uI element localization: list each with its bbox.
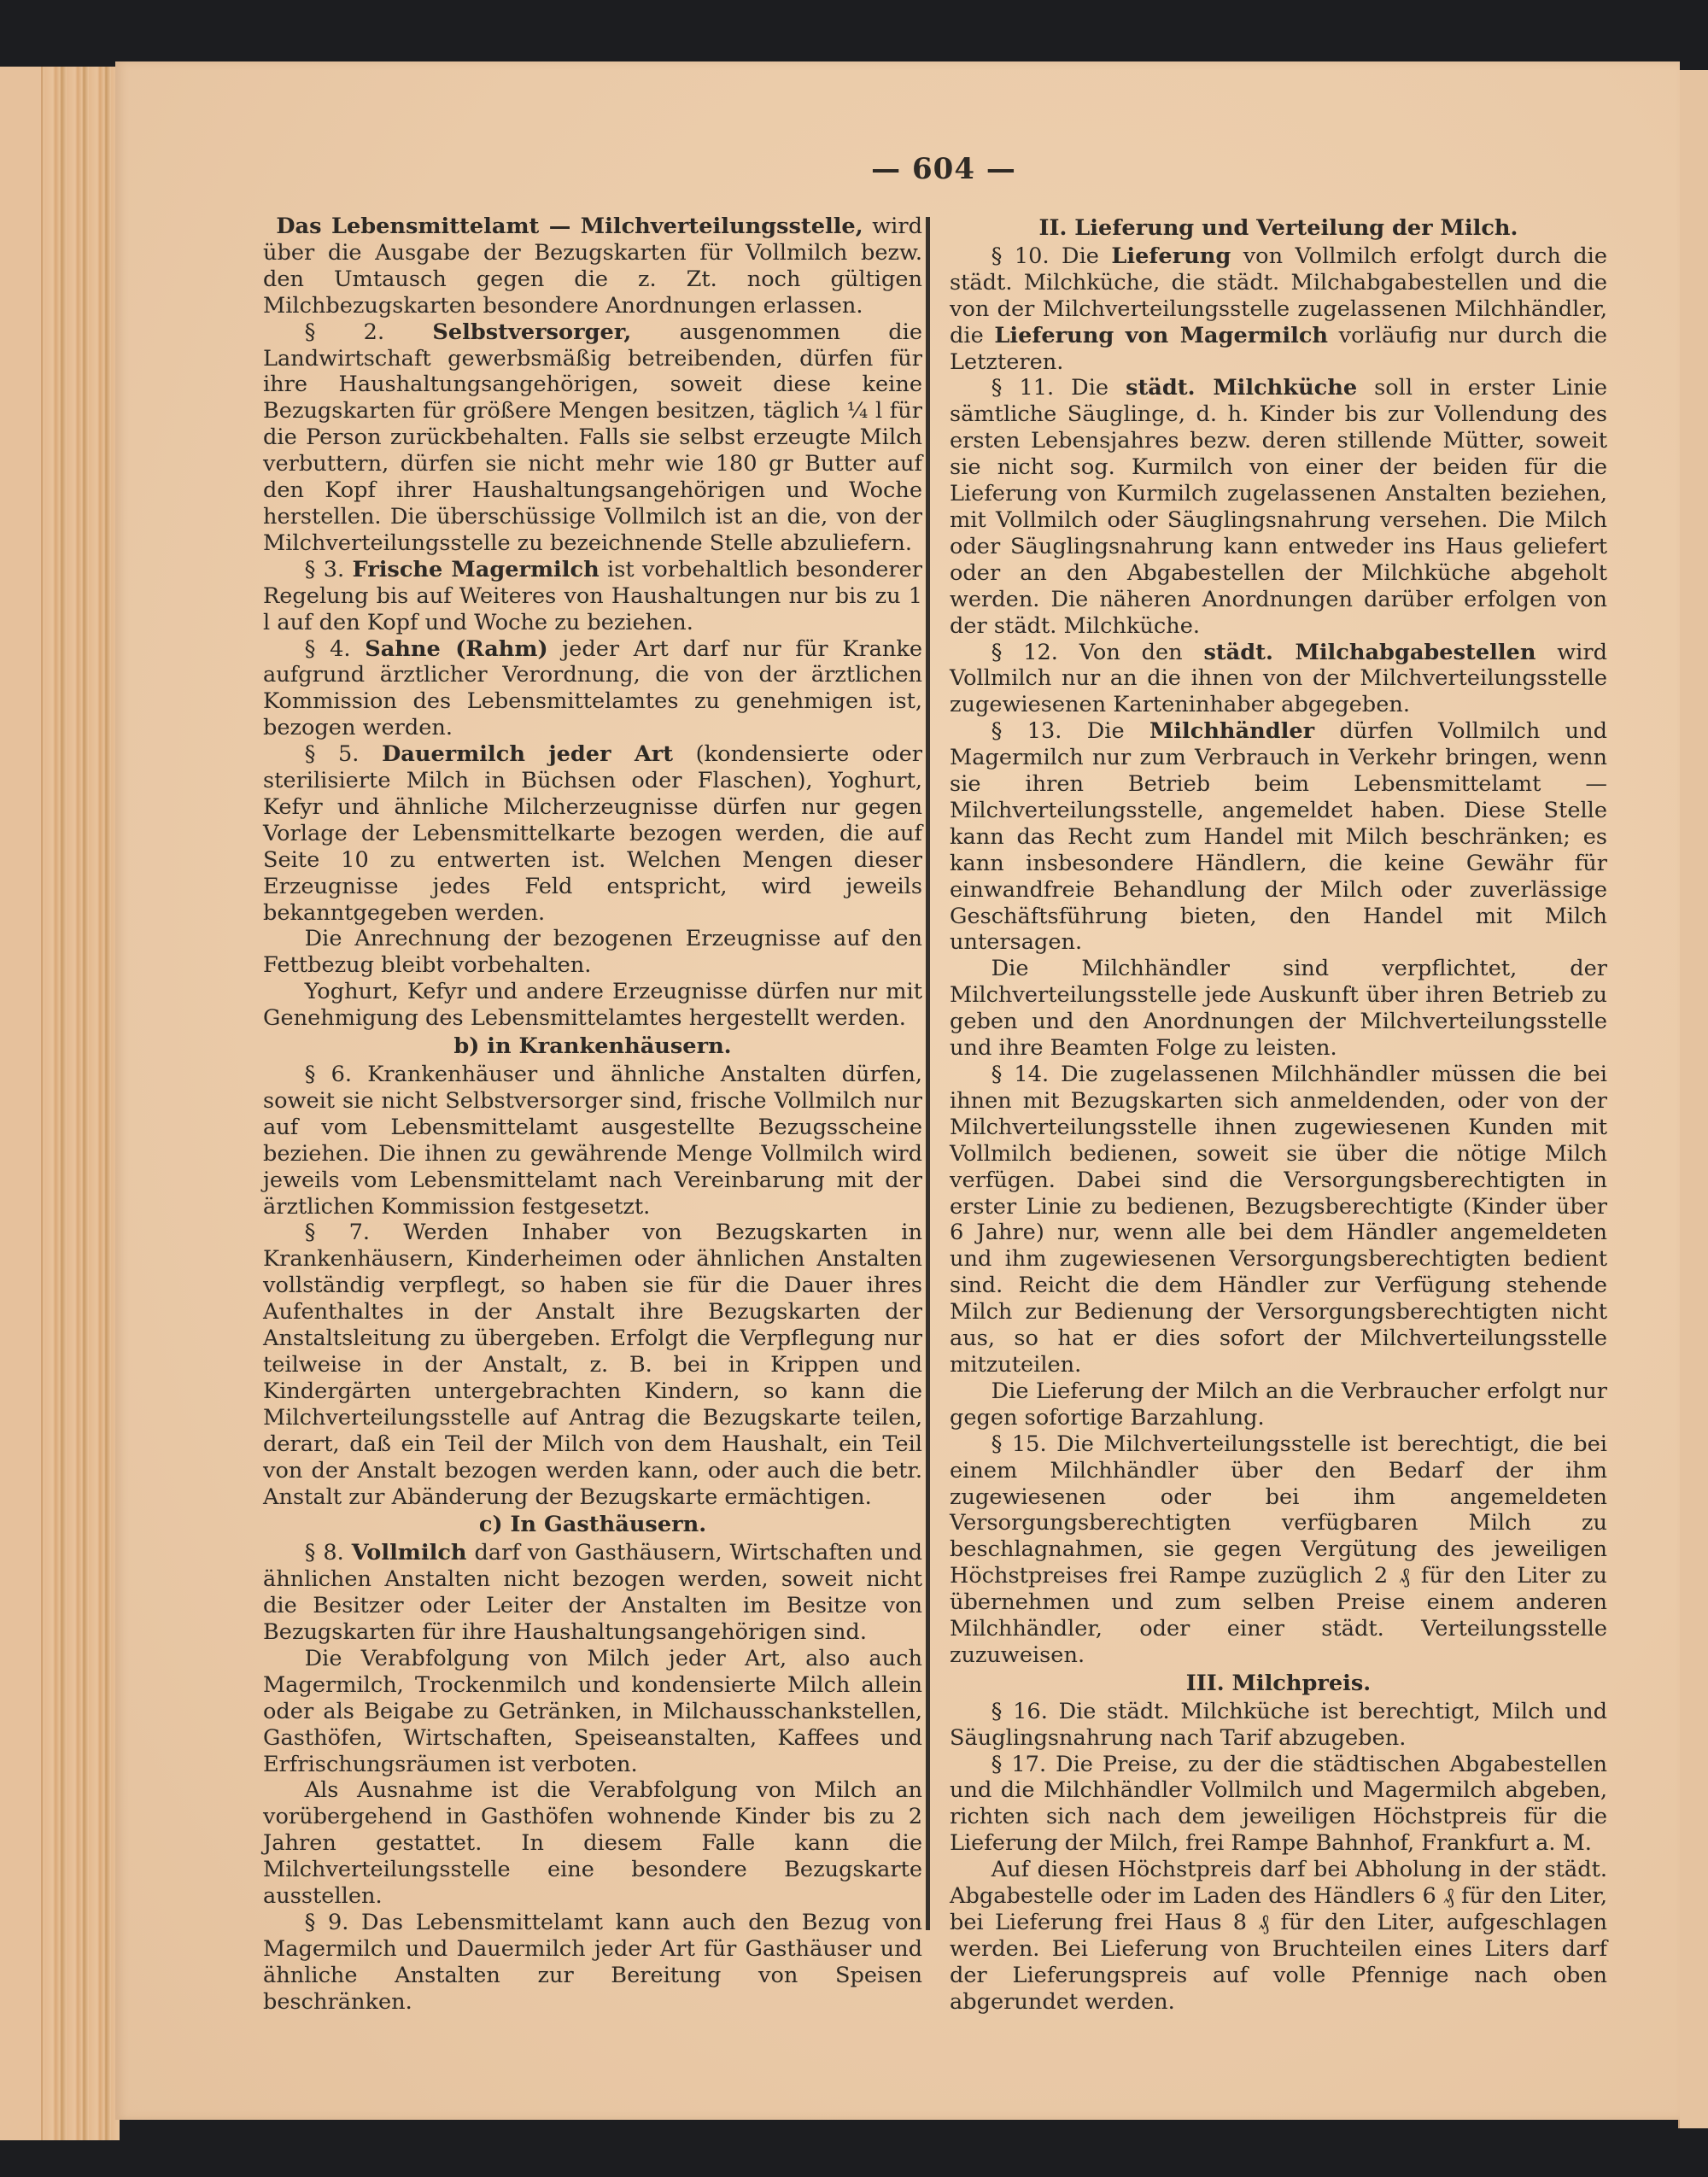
- section-5-note: Yoghurt, Kefyr und andere Erzeugnisse dü…: [263, 979, 922, 1032]
- section-text: Das Lebensmittelamt kann auch den Bezug …: [263, 1910, 922, 2015]
- section-text: Krankenhäuser und ähnliche Anstalten dür…: [263, 1062, 922, 1220]
- section-number: § 14.: [991, 1062, 1049, 1087]
- book-cover-edge: [0, 67, 43, 2140]
- section-13-continued: Die Milchhändler sind verpflichtet, der …: [950, 956, 1607, 1062]
- section-text: Die Preise, zu der die städtischen Abgab…: [950, 1752, 1607, 1857]
- section-text: jeder Art darf nur für Kranke aufgrund ä…: [263, 636, 922, 741]
- page-number: — 604 —: [845, 152, 1042, 186]
- section-text: Die: [1062, 718, 1149, 744]
- section-keyword: Vollmilch: [352, 1540, 467, 1565]
- section-number: § 7.: [305, 1220, 370, 1245]
- subheading-hospitals: b) in Krankenhäusern.: [263, 1033, 922, 1060]
- section-number: § 12.: [991, 640, 1058, 665]
- intro-paragraph: Das Lebensmittelamt — Milchverteilungsst…: [263, 214, 922, 319]
- section-number: § 5.: [305, 741, 360, 767]
- section-number: § 16.: [991, 1699, 1048, 1724]
- section-keyword: Milchhändler: [1149, 718, 1314, 744]
- right-column: II. Lieferung und Verteilung der Milch. …: [950, 214, 1607, 2016]
- section-5-continued: Die Anrechnung der bezogenen Erzeugnisse…: [263, 926, 922, 979]
- section-6: § 6. Krankenhäuser und ähnliche Anstalte…: [263, 1062, 922, 1220]
- section-keyword: Dauermilch jeder Art: [382, 741, 673, 767]
- section-number: § 10.: [991, 243, 1050, 269]
- section-text: Von den: [1058, 640, 1204, 665]
- section-8-continued: Die Verabfolgung von Milch jeder Art, al…: [263, 1646, 922, 1778]
- section-text: Die: [1054, 375, 1126, 401]
- section-5: § 5. Dauermilch jeder Art (kondensierte …: [263, 741, 922, 926]
- section-text: Werden Inhaber von Bezugskarten in Krank…: [263, 1220, 922, 1509]
- section-2: § 2. Selbstversorger, ausgenommen die La…: [263, 319, 922, 557]
- section-text: Die: [1050, 243, 1112, 269]
- section-9: § 9. Das Lebensmittelamt kann auch den B…: [263, 1910, 922, 2016]
- section-keyword: Sahne (Rahm): [365, 636, 547, 662]
- section-number: § 15.: [991, 1431, 1047, 1457]
- heading-delivery-distribution: II. Lieferung und Verteilung der Milch.: [950, 215, 1607, 242]
- section-14: § 14. Die zugelassenen Milchhändler müss…: [950, 1062, 1607, 1378]
- section-number: § 3.: [305, 557, 345, 582]
- next-page-edge: [1678, 70, 1708, 2128]
- section-12: § 12. Von den städt. Milchabgabestellen …: [950, 640, 1607, 719]
- section-10: § 10. Die Lieferung von Vollmilch erfolg…: [950, 243, 1607, 376]
- section-17: § 17. Die Preise, zu der die städtischen…: [950, 1752, 1607, 1858]
- section-text: Die Milchverteilungsstelle ist berechtig…: [950, 1431, 1607, 1668]
- section-number: § 2.: [305, 319, 384, 345]
- intro-lead: Das Lebensmittelamt — Milchverteilungsst…: [276, 214, 863, 239]
- section-keyword: Selbstversorger,: [432, 319, 631, 345]
- section-keyword: Lieferung von Magermilch: [994, 323, 1328, 348]
- section-keyword: städt. Milchküche: [1126, 375, 1357, 401]
- left-column: Das Lebensmittelamt — Milchverteilungsst…: [263, 214, 922, 2016]
- section-keyword: städt. Milchabgabestellen: [1203, 640, 1535, 665]
- section-number: § 8.: [305, 1540, 344, 1565]
- section-13: § 13. Die Milchhändler dürfen Vollmilch …: [950, 718, 1607, 956]
- section-3: § 3. Frische Magermilch ist vorbehaltlic…: [263, 557, 922, 636]
- section-number: § 17.: [991, 1752, 1046, 1777]
- section-number: § 4.: [305, 636, 351, 662]
- section-text: Die städt. Milchküche ist berechtigt, Mi…: [950, 1699, 1607, 1751]
- section-17-continued: Auf diesen Höchstpreis darf bei Abholung…: [950, 1857, 1607, 2015]
- section-15: § 15. Die Milchverteilungsstelle ist ber…: [950, 1431, 1607, 1669]
- stacked-page-edges: [0, 67, 120, 2140]
- section-text: soll in erster Linie sämtliche Säuglinge…: [950, 375, 1607, 638]
- column-divider: [926, 217, 930, 1930]
- section-11: § 11. Die städt. Milchküche soll in erst…: [950, 375, 1607, 639]
- section-text: Die zugelassenen Milchhändler müssen die…: [950, 1062, 1607, 1378]
- section-text: dürfen Vollmilch und Magermilch nur zum …: [950, 718, 1607, 955]
- section-number: § 9.: [305, 1910, 349, 1935]
- section-8: § 8. Vollmilch darf von Gasthäusern, Wir…: [263, 1540, 922, 1646]
- section-text: ausgenommen die Landwirtschaft gewerbsmä…: [263, 319, 922, 556]
- heading-milk-price: III. Milchpreis.: [950, 1671, 1607, 1697]
- section-8-exception: Als Ausnahme ist die Verabfolgung von Mi…: [263, 1777, 922, 1910]
- section-number: § 11.: [991, 375, 1055, 401]
- section-keyword: Frische Magermilch: [353, 557, 600, 582]
- section-14-continued: Die Lieferung der Milch an die Verbrauch…: [950, 1378, 1607, 1431]
- section-4: § 4. Sahne (Rahm) jeder Art darf nur für…: [263, 636, 922, 742]
- section-number: § 6.: [305, 1062, 352, 1087]
- section-text: (kondensierte oder sterilisierte Milch i…: [263, 741, 922, 925]
- section-16: § 16. Die städt. Milchküche ist berechti…: [950, 1699, 1607, 1752]
- subheading-inns: c) In Gasthäusern.: [263, 1512, 922, 1538]
- section-number: § 13.: [991, 718, 1062, 744]
- section-keyword: Lieferung: [1111, 243, 1231, 269]
- section-7: § 7. Werden Inhaber von Bezugskarten in …: [263, 1220, 922, 1510]
